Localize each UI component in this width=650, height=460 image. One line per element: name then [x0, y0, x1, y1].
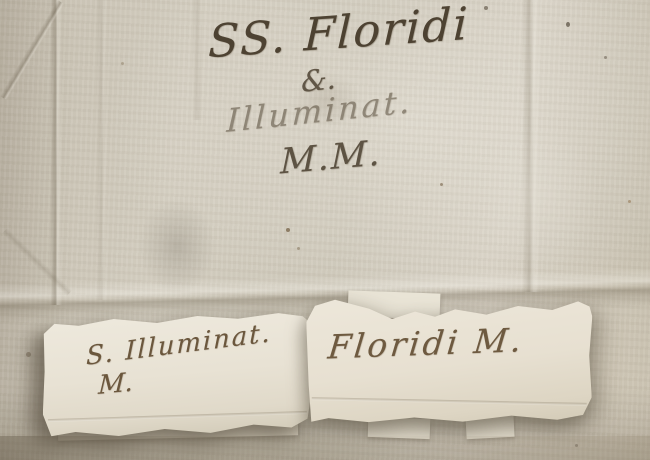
label-left-fold-line: [48, 411, 307, 422]
label-right-fold-line: [311, 397, 586, 406]
label-left-paper: S. Illuminat. M.: [41, 311, 313, 439]
label-right-paper: Floridi M.: [306, 297, 593, 425]
manuscript-photo: SS. Floridi &. Illuminat. M.M. S. Illumi…: [0, 0, 650, 460]
label-left-line-1: S. Illuminat.: [86, 318, 272, 372]
label-left-line-2: M.: [98, 368, 134, 401]
bottom-shadow-band: [0, 436, 650, 460]
label-right-line-1: Floridi M.: [326, 320, 526, 366]
inscription-line-4: M.M.: [280, 133, 382, 182]
label-right: Floridi M.: [306, 298, 592, 424]
inscription-line-1: SS. Floridi: [207, 0, 470, 68]
label-left: S. Illuminat. M.: [42, 314, 312, 436]
